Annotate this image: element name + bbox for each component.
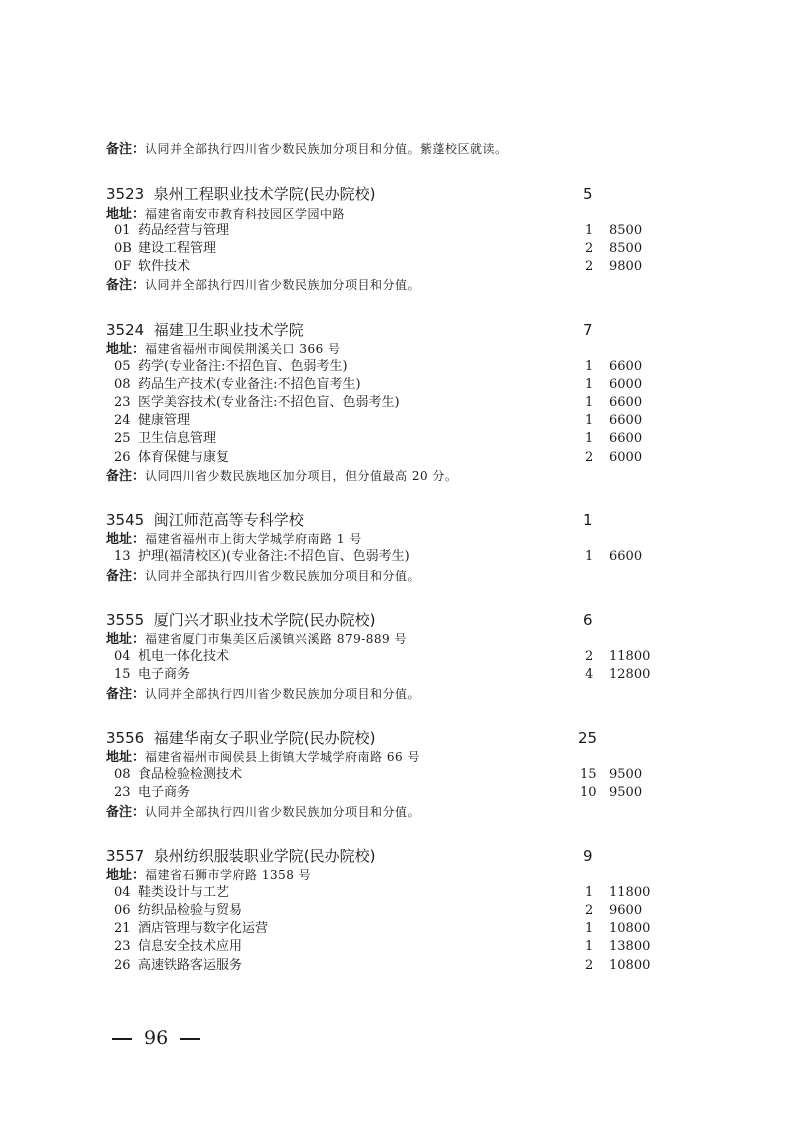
major-quota: 2 [585, 240, 593, 258]
major-quota: 4 [585, 666, 593, 684]
major-code: 26 [114, 449, 138, 467]
school-header: 3557 泉州纺织服装职业学院(民办院校) 9 [106, 845, 375, 867]
major-quota: 1 [585, 376, 593, 394]
address-label: 地址： [106, 207, 145, 222]
address-label: 地址： [106, 342, 145, 357]
major-quota: 2 [585, 258, 593, 276]
page-number: 96 [144, 1027, 168, 1049]
school-address: 地址：福建省福州市闽侯县上街镇大学城学府南路 66 号 [106, 748, 420, 766]
major-quota: 15 [580, 766, 597, 784]
school-header: 3556 福建华南女子职业学院(民办院校) 25 [106, 727, 375, 749]
major-code: 25 [114, 430, 138, 448]
address-text: 福建省福州市闽侯县上街镇大学城学府南路 66 号 [145, 750, 420, 764]
major-name: 卫生信息管理 [138, 431, 216, 446]
school-count: 6 [583, 609, 593, 631]
major-quota: 1 [585, 920, 593, 938]
school-name: 泉州工程职业技术学院(民办院校) [154, 185, 376, 203]
school-name: 福建卫生职业技术学院 [154, 321, 304, 339]
school-code: 3545 [106, 511, 144, 529]
major-row: 0F软件技术 2 9800 [106, 258, 190, 276]
major-fee: 13800 [609, 938, 650, 956]
major-code: 01 [114, 222, 138, 240]
school-address: 地址：福建省南安市教育科技园区学园中路 [106, 205, 345, 223]
school-count: 7 [583, 319, 593, 341]
major-code: 23 [114, 938, 138, 956]
major-row: 26体育保健与康复 2 6000 [106, 449, 229, 467]
major-quota: 2 [585, 449, 593, 467]
school-note: 备注：认同并全部执行四川省少数民族加分项目和分值。 [106, 803, 420, 821]
major-row: 08药品生产技术(专业备注:不招色盲考生) 1 6000 [106, 376, 361, 394]
school-address: 地址：福建省福州市闽侯荆溪关口 366 号 [106, 340, 341, 358]
major-quota: 1 [585, 358, 593, 376]
major-code: 13 [114, 548, 138, 566]
address-text: 福建省厦门市集美区后溪镇兴溪路 879-889 号 [145, 632, 407, 646]
address-text: 福建省石狮市学府路 1358 号 [145, 868, 311, 882]
school-header: 3523 泉州工程职业技术学院(民办院校) 5 [106, 183, 375, 205]
school-header: 3545 闽江师范高等专科学校 1 [106, 509, 304, 531]
major-fee: 11800 [609, 884, 650, 902]
address-label: 地址： [106, 750, 145, 765]
address-label: 地址： [106, 532, 145, 547]
major-row: 13护理(福清校区)(专业备注:不招色盲、色弱考生) 1 6600 [106, 548, 410, 566]
major-name: 建设工程管理 [138, 241, 216, 256]
major-quota: 1 [585, 884, 593, 902]
page-footer: 96 [106, 1026, 206, 1050]
note-text: 认同并全部执行四川省少数民族加分项目和分值。 [145, 687, 420, 701]
major-row: 0B建设工程管理 2 8500 [106, 240, 216, 258]
school-note: 备注：认同并全部执行四川省少数民族加分项目和分值。 [106, 567, 420, 585]
major-row: 21酒店管理与数字化运营 1 10800 [106, 920, 268, 938]
school-name: 福建华南女子职业学院(民办院校) [154, 729, 376, 747]
major-fee: 9800 [609, 258, 642, 276]
major-name: 药品经营与管理 [138, 223, 229, 238]
major-quota: 1 [585, 938, 593, 956]
major-fee: 6600 [609, 358, 642, 376]
major-name: 药品生产技术(专业备注:不招色盲考生) [138, 377, 361, 392]
school-count: 5 [583, 183, 593, 205]
major-code: 06 [114, 902, 138, 920]
note-text: 认同并全部执行四川省少数民族加分项目和分值。 [145, 569, 420, 583]
document-page: 备注：认同并全部执行四川省少数民族加分项目和分值。紫蓬校区就读。 3523 泉州… [0, 0, 794, 1123]
major-name: 鞋类设计与工艺 [138, 885, 229, 900]
school-count: 25 [578, 727, 597, 749]
major-name: 药学(专业备注:不招色盲、色弱考生) [138, 359, 348, 374]
major-quota: 10 [580, 784, 597, 802]
major-code: 24 [114, 412, 138, 430]
major-code: 21 [114, 920, 138, 938]
school-name: 闽江师范高等专科学校 [154, 511, 304, 529]
major-quota: 1 [585, 430, 593, 448]
major-code: 0F [114, 258, 138, 276]
major-fee: 11800 [609, 648, 650, 666]
major-name: 电子商务 [138, 667, 190, 682]
major-row: 04鞋类设计与工艺 1 11800 [106, 884, 229, 902]
major-name: 纺织品检验与贸易 [138, 903, 242, 918]
major-name: 酒店管理与数字化运营 [138, 921, 268, 936]
major-name: 医学美容技术(专业备注:不招色盲、色弱考生) [138, 395, 400, 410]
major-fee: 12800 [609, 666, 650, 684]
note-label: 备注： [106, 469, 145, 484]
school-note: 备注：认同并全部执行四川省少数民族加分项目和分值。 [106, 276, 420, 294]
major-fee: 6600 [609, 394, 642, 412]
major-code: 0B [114, 240, 138, 258]
major-row: 06纺织品检验与贸易 2 9600 [106, 902, 242, 920]
school-name: 厦门兴才职业技术学院(民办院校) [154, 611, 376, 629]
school-address: 地址：福建省石狮市学府路 1358 号 [106, 866, 311, 884]
major-name: 食品检验检测技术 [138, 767, 242, 782]
major-name: 体育保健与康复 [138, 450, 229, 465]
dash-left [112, 1038, 132, 1040]
note-text: 认同并全部执行四川省少数民族加分项目和分值。 [145, 805, 420, 819]
major-row: 25卫生信息管理 1 6600 [106, 430, 216, 448]
major-row: 01药品经营与管理 1 8500 [106, 222, 229, 240]
address-label: 地址： [106, 632, 145, 647]
major-fee: 6000 [609, 376, 642, 394]
address-text: 福建省福州市闽侯荆溪关口 366 号 [145, 342, 341, 356]
major-code: 05 [114, 358, 138, 376]
major-fee: 6600 [609, 412, 642, 430]
note-text: 认同并全部执行四川省少数民族加分项目和分值。 [145, 278, 420, 292]
major-fee: 10800 [609, 957, 650, 975]
major-code: 15 [114, 666, 138, 684]
major-row: 23信息安全技术应用 1 13800 [106, 938, 242, 956]
major-name: 信息安全技术应用 [138, 939, 242, 954]
dash-right [180, 1038, 200, 1040]
major-quota: 1 [585, 222, 593, 240]
major-name: 高速铁路客运服务 [138, 958, 242, 973]
note-label: 备注： [106, 569, 145, 584]
major-row: 05药学(专业备注:不招色盲、色弱考生) 1 6600 [106, 358, 348, 376]
major-name: 机电一体化技术 [138, 649, 229, 664]
major-code: 08 [114, 376, 138, 394]
note-label: 备注： [106, 805, 145, 820]
school-count: 1 [583, 509, 593, 531]
address-text: 福建省南安市教育科技园区学园中路 [145, 207, 345, 221]
school-code: 3524 [106, 321, 144, 339]
note-label: 备注： [106, 687, 145, 702]
address-label: 地址： [106, 868, 145, 883]
note-label: 备注： [106, 278, 145, 293]
school-address: 地址：福建省厦门市集美区后溪镇兴溪路 879-889 号 [106, 630, 407, 648]
note-text: 认同四川省少数民族地区加分项目，但分值最高 20 分。 [145, 469, 457, 483]
major-quota: 1 [585, 394, 593, 412]
major-name: 健康管理 [138, 413, 190, 428]
major-code: 04 [114, 648, 138, 666]
major-code: 23 [114, 784, 138, 802]
major-row: 23电子商务 10 9500 [106, 784, 190, 802]
major-fee: 6600 [609, 430, 642, 448]
school-name: 泉州纺织服装职业学院(民办院校) [154, 847, 376, 865]
major-code: 23 [114, 394, 138, 412]
major-row: 24健康管理 1 6600 [106, 412, 190, 430]
note-text: 认同并全部执行四川省少数民族加分项目和分值。紫蓬校区就读。 [145, 142, 508, 156]
major-row: 04机电一体化技术 2 11800 [106, 648, 229, 666]
major-fee: 6600 [609, 548, 642, 566]
major-name: 电子商务 [138, 785, 190, 800]
major-fee: 10800 [609, 920, 650, 938]
major-row: 08食品检验检测技术 15 9500 [106, 766, 242, 784]
major-quota: 1 [585, 412, 593, 430]
major-quota: 2 [585, 648, 593, 666]
major-fee: 9600 [609, 902, 642, 920]
school-code: 3555 [106, 611, 144, 629]
note-line: 备注：认同并全部执行四川省少数民族加分项目和分值。紫蓬校区就读。 [106, 140, 508, 158]
school-code: 3523 [106, 185, 144, 203]
major-code: 26 [114, 957, 138, 975]
major-name: 护理(福清校区)(专业备注:不招色盲、色弱考生) [138, 549, 410, 564]
school-count: 9 [583, 845, 593, 867]
major-fee: 8500 [609, 222, 642, 240]
school-header: 3555 厦门兴才职业技术学院(民办院校) 6 [106, 609, 375, 631]
major-row: 26高速铁路客运服务 2 10800 [106, 957, 242, 975]
major-fee: 6000 [609, 449, 642, 467]
major-code: 08 [114, 766, 138, 784]
address-text: 福建省福州市上街大学城学府南路 1 号 [145, 532, 362, 546]
major-row: 15电子商务 4 12800 [106, 666, 190, 684]
major-name: 软件技术 [138, 259, 190, 274]
major-row: 23医学美容技术(专业备注:不招色盲、色弱考生) 1 6600 [106, 394, 400, 412]
school-header: 3524 福建卫生职业技术学院 7 [106, 319, 304, 341]
major-fee: 8500 [609, 240, 642, 258]
major-quota: 2 [585, 957, 593, 975]
school-code: 3557 [106, 847, 144, 865]
major-fee: 9500 [609, 766, 642, 784]
note-label: 备注： [106, 142, 145, 157]
major-code: 04 [114, 884, 138, 902]
major-quota: 1 [585, 548, 593, 566]
major-fee: 9500 [609, 784, 642, 802]
school-note: 备注：认同并全部执行四川省少数民族加分项目和分值。 [106, 685, 420, 703]
major-quota: 2 [585, 902, 593, 920]
school-address: 地址：福建省福州市上街大学城学府南路 1 号 [106, 530, 362, 548]
school-code: 3556 [106, 729, 144, 747]
school-note: 备注：认同四川省少数民族地区加分项目，但分值最高 20 分。 [106, 467, 457, 485]
